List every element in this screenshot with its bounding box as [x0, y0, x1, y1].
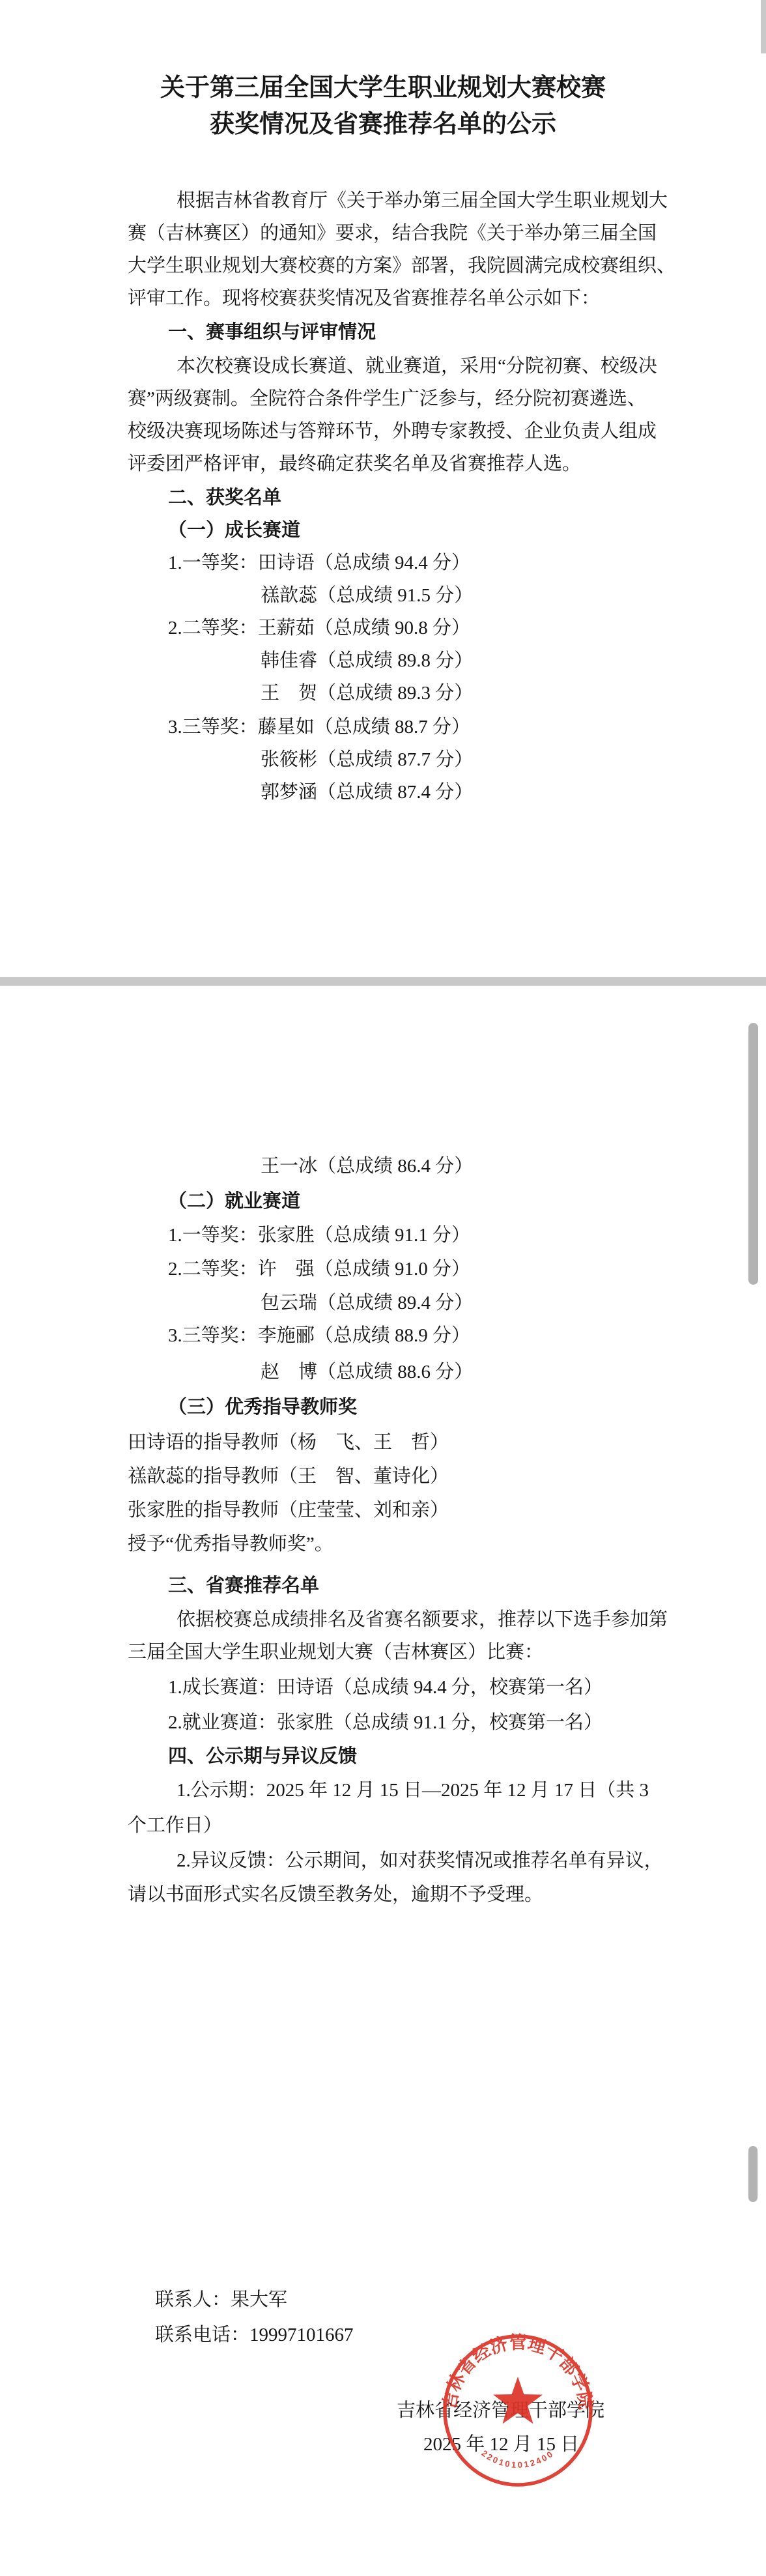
teacher-line: 田诗语的指导教师（杨 飞、王 哲）: [128, 1431, 449, 1454]
contact-person: 联系人：果大军: [155, 2288, 287, 2311]
award-line: 3.三等奖：藤星如（总成绩 88.7 分）: [168, 715, 470, 739]
award-line: 赵 博（总成绩 88.6 分）: [261, 1360, 473, 1384]
award-line: 禚歆蕊（总成绩 91.5 分）: [261, 584, 473, 607]
body-line: 评委团严格评审，最终确定获奖名单及省赛推荐人选。: [128, 452, 581, 476]
body-line: 本次校赛设成长赛道、就业赛道，采用“分院初赛、校级决: [177, 354, 657, 378]
body-line: 1.公示期：2025 年 12 月 15 日—2025 年 12 月 17 日（…: [177, 1779, 649, 1802]
contact-phone: 联系电话：19997101667: [155, 2323, 354, 2347]
page-1: [0, 0, 766, 977]
body-line: 大学生职业规划大赛校赛的方案》部署，我院圆满完成校赛组织、: [128, 254, 675, 278]
subsection-heading: （一）成长赛道: [168, 519, 300, 542]
body-line: 依据校赛总成绩排名及省赛名额要求，推荐以下选手参加第: [177, 1608, 668, 1631]
award-line: 包云瑞（总成绩 89.4 分）: [261, 1291, 473, 1315]
award-line: 1.一等奖：田诗语（总成绩 94.4 分）: [168, 551, 470, 575]
body-line: 2.异议反馈：公示期间，如对获奖情况或推荐名单有异议，: [177, 1849, 663, 1872]
body-line: 个工作日）: [128, 1814, 222, 1837]
subsection-heading: （二）就业赛道: [168, 1190, 300, 1213]
seal-star-icon: [493, 2377, 543, 2424]
teacher-line: 禚歆蕊的指导教师（王 智、董诗化）: [128, 1465, 449, 1488]
body-line: 三届全国大学生职业规划大赛（吉林赛区）比赛：: [128, 1640, 543, 1664]
document-viewer: { "seal": { "org": "吉林省经济管理干部学院", "code"…: [0, 0, 766, 2576]
award-line: 1.一等奖：张家胜（总成绩 91.1 分）: [168, 1224, 470, 1247]
body-line: 赛（吉林赛区）的通知》要求，结合我院《关于举办第三届全国: [128, 222, 657, 245]
award-line: 郭梦涵（总成绩 87.4 分）: [261, 780, 473, 804]
scrollbar-thumb-lower[interactable]: [748, 2146, 758, 2202]
body-line: 请以书面形式实名反馈至教务处，逾期不予受理。: [128, 1883, 543, 1906]
award-line: 王一冰（总成绩 86.4 分）: [261, 1154, 473, 1178]
svg-text:220101012400: 220101012400: [480, 2448, 556, 2470]
award-line: 2.二等奖：许 强（总成绩 91.0 分）: [168, 1257, 470, 1281]
section-heading-2: 二、获奖名单: [168, 486, 281, 509]
award-line: 韩佳睿（总成绩 89.8 分）: [261, 649, 473, 672]
body-line: 评审工作。现将校赛获奖情况及省赛推荐名单公示如下：: [128, 287, 600, 310]
section-heading-4: 四、公示期与异议反馈: [168, 1745, 357, 1768]
scrollbar-track-fragment[interactable]: [761, 0, 766, 53]
recommend-line: 2.就业赛道：张家胜（总成绩 91.1 分，校赛第一名）: [168, 1711, 603, 1734]
award-line: 张筱彬（总成绩 87.7 分）: [261, 748, 473, 771]
body-line: 根据吉林省教育厅《关于举办第三届全国大学生职业规划大: [177, 189, 668, 212]
page-title-line-2: 获奖情况及省赛推荐名单的公示: [0, 109, 766, 141]
body-line: 校级决赛现场陈述与答辩环节，外聘专家教授、企业负责人组成: [128, 420, 657, 443]
page-title-line-1: 关于第三届全国大学生职业规划大赛校赛: [0, 73, 766, 104]
official-seal: 吉林省经济管理干部学院 220101012400: [430, 2319, 612, 2508]
recommend-line: 1.成长赛道：田诗语（总成绩 94.4 分，校赛第一名）: [168, 1676, 603, 1699]
teacher-line: 授予“优秀指导教师奖”。: [128, 1532, 333, 1556]
scrollbar-thumb[interactable]: [748, 1023, 758, 1285]
body-line: 赛”两级赛制。全院符合条件学生广泛参与，经分院初赛遴选、: [128, 387, 646, 410]
award-line: 王 贺（总成绩 89.3 分）: [261, 681, 473, 705]
award-line: 2.二等奖：王薪茹（总成绩 90.8 分）: [168, 616, 470, 640]
teacher-line: 张家胜的指导教师（庄莹莹、刘和亲）: [128, 1498, 449, 1522]
subsection-heading: （三）优秀指导教师奖: [168, 1395, 357, 1419]
section-heading-3: 三、省赛推荐名单: [168, 1574, 319, 1597]
section-heading-1: 一、赛事组织与评审情况: [168, 321, 376, 344]
award-line: 3.三等奖：李施郦（总成绩 88.9 分）: [168, 1324, 470, 1347]
page-gap: [0, 977, 766, 986]
seal-code-text: 220101012400: [480, 2448, 556, 2470]
